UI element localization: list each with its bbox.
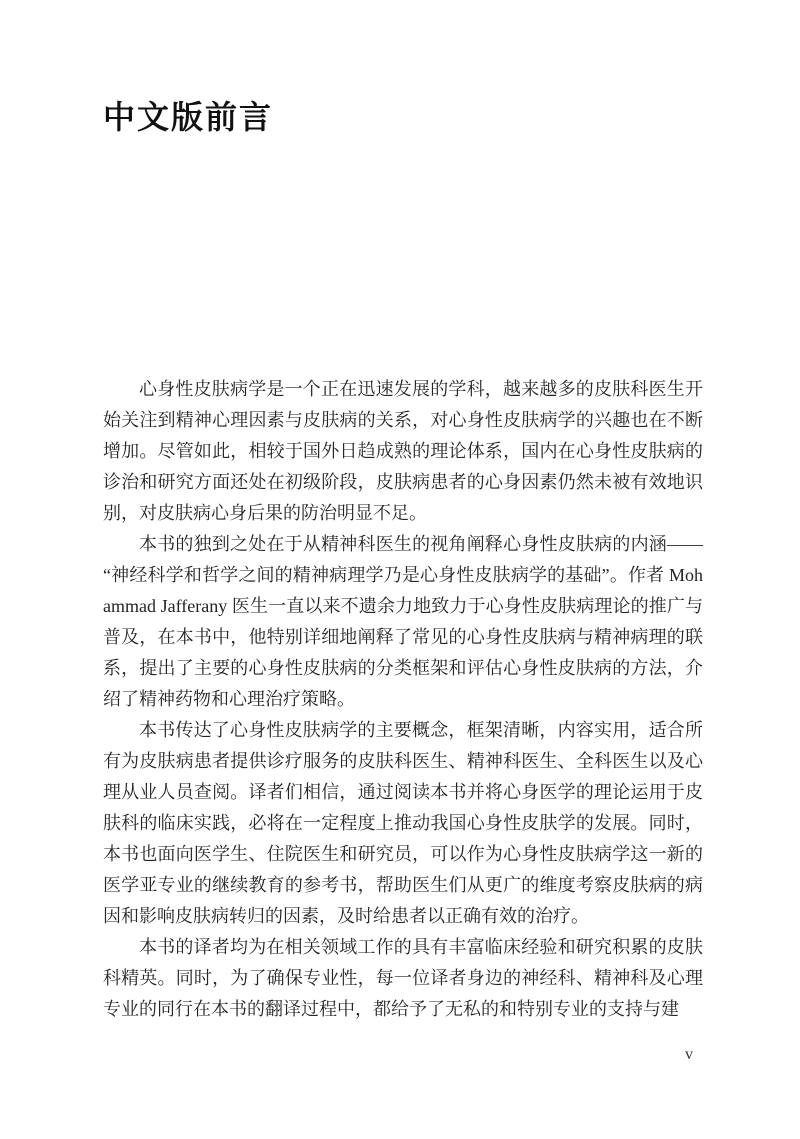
preface-paragraph-4: 本书的译者均为在相关领域工作的具有丰富临床经验和研究积累的皮肤科精英。同时，为了… [103, 932, 703, 1025]
book-page: 中文版前言 心身性皮肤病学是一个正在迅速发展的学科，越来越多的皮肤科医生开始关注… [0, 0, 800, 1139]
page-number: v [664, 1046, 714, 1064]
preface-paragraph-2: 本书的独到之处在于从精神科医生的视角阐释心身性皮肤病的内涵——“神经科学和哲学之… [103, 529, 703, 715]
preface-body: 心身性皮肤病学是一个正在迅速发展的学科，越来越多的皮肤科医生开始关注到精神心理因… [103, 374, 703, 1025]
preface-paragraph-3: 本书传达了心身性皮肤病学的主要概念，框架清晰，内容实用，适合所有为皮肤病患者提供… [103, 715, 703, 932]
page-title: 中文版前言 [103, 96, 273, 138]
preface-paragraph-1: 心身性皮肤病学是一个正在迅速发展的学科，越来越多的皮肤科医生开始关注到精神心理因… [103, 374, 703, 529]
